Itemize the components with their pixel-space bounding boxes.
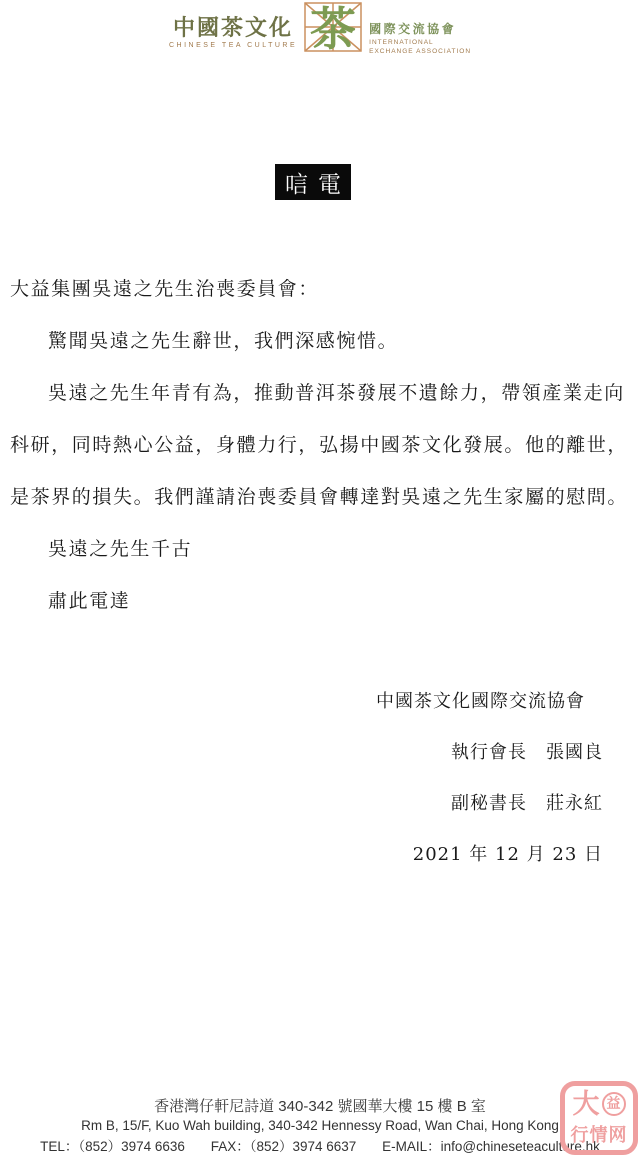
- letter-body: 大益集團吳遠之先生治喪委員會： 驚聞吳遠之先生辭世，我們深感惋惜。 吳遠之先生年…: [10, 263, 634, 627]
- footer-fax: FAX：（852）3974 6637: [211, 1137, 357, 1156]
- stamp-bottom-row: 行情网: [571, 1121, 628, 1147]
- dayi-watermark-stamp: 大 益 行情网: [560, 1081, 638, 1155]
- org-name-chinese: 中國茶文化: [169, 16, 297, 40]
- title-char-2: 電: [318, 166, 341, 199]
- letter-title: 唁 電: [275, 164, 351, 200]
- letter-page: 中國茶文化 CHINESE TEA CULTURE 茶 國際交流協會 INTER…: [0, 0, 640, 1157]
- assoc-name-english: INTERNATIONAL EXCHANGE ASSOCIATION: [369, 38, 471, 56]
- stamp-top-row: 大 益: [573, 1089, 626, 1119]
- org-name-english: CHINESE TEA CULTURE: [169, 42, 297, 49]
- footer-contact-line: TEL：（852）3974 6636 FAX：（852）3974 6637 E-…: [0, 1137, 640, 1156]
- footer-address-chinese: 香港灣仔軒尼詩道 340-342 號國華大樓 15 樓 B 室: [0, 1096, 640, 1117]
- stamp-yi-char: 益: [607, 1097, 621, 1111]
- org-logo: 中國茶文化 CHINESE TEA CULTURE 茶 國際交流協會 INTER…: [0, 2, 640, 52]
- tea-character: 茶: [310, 2, 356, 56]
- body-line: 是茶界的損失。我們謹請治喪委員會轉達對吳遠之先生家屬的慰問。: [10, 471, 634, 523]
- stamp-da-char: 大: [573, 1091, 600, 1118]
- letter-footer: 香港灣仔軒尼詩道 340-342 號國華大樓 15 樓 B 室 Rm B, 15…: [0, 1096, 640, 1156]
- org-logo-right-block: 國際交流協會 INTERNATIONAL EXCHANGE ASSOCIATIO…: [369, 23, 471, 56]
- footer-address-english: Rm B, 15/F, Kuo Wah building, 340-342 He…: [0, 1117, 640, 1135]
- body-line: 驚聞吳遠之先生辭世，我們深感惋惜。: [10, 315, 634, 367]
- title-char-1: 唁: [285, 166, 308, 199]
- tea-calligraphy-grid-icon: 茶: [304, 2, 362, 52]
- body-line: 科研，同時熱心公益，身體力行，弘揚中國茶文化發展。他的離世，: [10, 419, 634, 471]
- salutation-line: 大益集團吳遠之先生治喪委員會：: [10, 263, 634, 315]
- assoc-name-chinese: 國際交流協會: [369, 23, 471, 36]
- signature-president: 執行會長 張國良: [0, 727, 640, 778]
- footer-tel: TEL：（852）3974 6636: [40, 1137, 185, 1156]
- signature-org: 中國茶文化國際交流協會: [0, 676, 640, 727]
- org-logo-left-block: 中國茶文化 CHINESE TEA CULTURE: [169, 16, 297, 52]
- stamp-yi-circle-icon: 益: [602, 1092, 626, 1116]
- signature-date: 2021 年 12 月 23 日: [0, 829, 640, 880]
- tribute-line: 吳遠之先生千古: [10, 523, 634, 575]
- closing-line: 肅此電達: [10, 575, 634, 627]
- signature-secretary: 副秘書長 莊永紅: [0, 778, 640, 829]
- body-line: 吳遠之先生年青有為，推動普洱茶發展不遺餘力，帶領產業走向: [10, 367, 634, 419]
- signature-block: 中國茶文化國際交流協會 執行會長 張國良 副秘書長 莊永紅 2021 年 12 …: [0, 676, 640, 880]
